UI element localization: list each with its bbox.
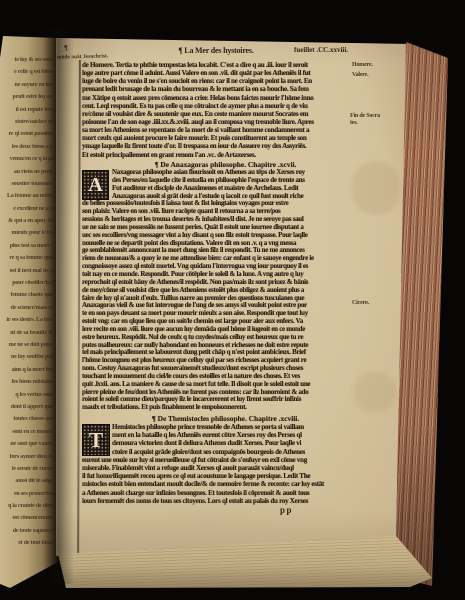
text-line: cent. Leql respondit. Es tu pas celle q …	[82, 102, 369, 110]
text-line: Et estoit principallement en grant renom…	[82, 151, 369, 159]
text-line: des Perses/en laquelle cite il estudia e…	[82, 177, 369, 185]
left-page-text-column: te luy & ses enfae celle q est bōnene su…	[0, 54, 58, 550]
text-line: tel mais principallement se labourent du…	[82, 349, 369, 357]
paragraph-anaxagoras: A Naxagoras philosophe asian flourissoit…	[82, 169, 369, 412]
text-line: estre heureux. Respōdit. Nul de ceulx q …	[82, 334, 369, 342]
text-line: lere recite en son .viii. liure que aucu…	[82, 326, 369, 334]
woodcut-initial-A: A	[82, 170, 109, 200]
text-line: il est repute tres	[0, 104, 58, 116]
text-line: toutes choses qui	[0, 413, 58, 425]
text-line: riens de nouueau/& a quoy ie ne me atten…	[82, 255, 369, 263]
text-line: ir ses desirs. La fem	[0, 314, 58, 326]
text-line: me ne se doit point	[0, 339, 58, 351]
text-line: quit .lxxii. ans. La maniere & cause de …	[82, 381, 369, 389]
indented-lines: Hemistocles philosophe prince tresnoble …	[82, 423, 369, 456]
text-line: faire de luy ql n'auoit d'eulx. Tullius …	[82, 295, 369, 303]
text-line: e excellent ne a p	[0, 203, 58, 215]
text-line: ne sont que vanite	[0, 438, 58, 450]
margin-note-cicero: Cicero.	[352, 300, 369, 306]
text-line: Hemistocles philosophe prince tresnoble …	[82, 423, 369, 431]
margin-note-homere: Homere.	[352, 62, 373, 68]
text-line: dont il appert que	[0, 401, 58, 413]
text-line: l'hōme incongneu est plus heureux que ce…	[82, 357, 369, 365]
text-line: re q sa femme quil	[0, 252, 58, 264]
text-line: me Xātipe q estoit assez pres cōmencea a…	[82, 94, 369, 102]
text-line: peult estre luy au	[0, 91, 58, 103]
text-line: au riens ne peult	[0, 166, 58, 178]
text-line: & qui a en apuy de	[0, 215, 58, 227]
text-line: de belles possessiōs/toutesfois il laiss…	[82, 200, 369, 208]
text-line: q la crainte de dieu	[0, 500, 58, 512]
text-line: Anaxagoras vieil & use fut interrogue de…	[82, 302, 369, 310]
running-title: ¶ La Mer des hystoires.	[156, 46, 276, 55]
text-line: ne luy souffist pas	[0, 351, 58, 363]
book-page: ¶ ¶ La Mer des hystoires. fueillet .CC.x…	[56, 34, 410, 562]
text-line: pierre pleine de feu/dont les Atheniēs n…	[82, 389, 369, 397]
woodcut-initial-T: T	[82, 424, 110, 456]
text-line: Fut auditeur et disciple de Anaximenes e…	[82, 185, 369, 193]
text-line: de moy/cōme sil voulsist dire que les At…	[82, 287, 369, 295]
text-line: iuge de boire du venin il ne s'en soucio…	[82, 77, 369, 85]
text-line: ne suyure en luy	[0, 79, 58, 91]
text-line: q les vertus sont	[0, 389, 58, 401]
text-line: prenant ledit bruuage de la main du bour…	[82, 85, 369, 93]
text-line: toit nay en ce monde. Respondit. Pour cō…	[82, 271, 369, 279]
text-line: congnoissoye assez ql estoit mortel. Vng…	[82, 263, 369, 271]
text-line: te luy & ses enfa	[0, 54, 58, 66]
folio-number: fueillet .CC.xxviii.	[294, 46, 348, 54]
text-line: est cōmencement	[0, 512, 58, 524]
left-header-fragment: ¶	[64, 44, 68, 52]
text-line: ains q la mort luy	[0, 364, 58, 376]
text-line: en ses prouerbes	[0, 488, 58, 500]
text-line: femme chaste que	[0, 289, 58, 301]
text-line: mort ceulx qui auoient procure le faire …	[82, 134, 369, 142]
text-line: estoit vng: car en qlque lieu que on soi…	[82, 318, 369, 326]
text-line: venuz/en ce q la pl	[0, 153, 58, 165]
text-line: putes malheureux: car nully habondant en…	[82, 342, 369, 350]
text-line: plus tost sa mort a	[0, 240, 58, 252]
chapter-heading-anaxagoras: ¶ De Anaxagoras philosophe. Chapitre .xc…	[82, 160, 369, 169]
text-line: aussi dit le saige	[0, 475, 58, 487]
text-line: reprochoit ql estoit bāny de Athenes/il …	[82, 279, 369, 287]
text-line: pour cōseiller/la f	[0, 277, 58, 289]
text-line: e celle q est bōne	[0, 66, 58, 78]
text-line: sessions & heritages et les trouua deser…	[82, 216, 369, 224]
text-line: La femme au mōde	[0, 190, 58, 202]
text-line: mieulx pour le fol	[0, 227, 58, 239]
text-line: nom. Cestuy Anaxagoras fut souuerainemēt…	[82, 365, 369, 373]
margin-note-line: tes.	[350, 120, 380, 127]
text-line: le seruir de cueur	[0, 463, 58, 475]
text-line: te en son pays deuant sa mort pour mouri…	[82, 310, 369, 318]
margin-note-valere: Valere.	[352, 72, 368, 78]
text-line: fors aymer dieu &	[0, 451, 58, 463]
left-book-page: te luy & ses enfae celle q est bōnene su…	[0, 28, 58, 594]
text-line: de toute sapience	[0, 525, 58, 537]
text-line: eurent une enuie sur luy si merueilleuse…	[82, 456, 369, 464]
margin-note-chronology: mōde auāt Jesuchrist.	[57, 53, 108, 60]
text-line: ge semblablemēt annonceant la mort dung …	[82, 247, 369, 255]
text-line: les deux biens a p	[0, 141, 58, 153]
text-line: sa mort les Atheniens se repentans de la…	[82, 126, 369, 134]
margin-note-fin-de-socrates: Fin de Socra tes.	[350, 113, 380, 126]
full-lines: de belles possessiōs/toutesfois il laiss…	[82, 200, 369, 412]
text-line: re/cōme sil voulsist dire & soustenir qu…	[82, 110, 369, 118]
text-line: roient le soleil comme dieu/parquoy ilz …	[82, 396, 369, 404]
text-line: touchant le mouuement du ciel/le cours d…	[82, 373, 369, 381]
text-line: sont en ce monde	[0, 426, 58, 438]
paragraph-socrates-end: de Homere. Tertia te phthie tempestas le…	[82, 61, 369, 159]
text-line: uec ses escolliers/vng messager vint a l…	[82, 232, 369, 240]
text-line: ctoire il acquist grāde gloire/dont ses …	[82, 448, 369, 456]
indented-lines: Naxagoras philosophe asian flourissoit e…	[82, 169, 369, 200]
text-line: miserable. Finablemēt vint a refuge audi…	[82, 464, 369, 472]
text-line: ment en la bataille q les Atheniēs euren…	[82, 431, 369, 439]
text-line: nt de sa beaulte &	[0, 327, 58, 339]
text-line: demoura victorien dont il deliura Athene…	[82, 439, 369, 447]
text-line: les biens mōdains	[0, 376, 58, 388]
text-line: Naxagoras philosophe asian flourissoit e…	[82, 169, 369, 177]
text-line: de Homere. Tertia te phthie tempestas le…	[82, 61, 369, 69]
text-line: soustire tousiours	[0, 178, 58, 190]
chapter-heading-themistocles: ¶ De Themistocles philosophe. Chapitre .…	[82, 414, 369, 423]
text-line: re ql estoit possible	[0, 128, 58, 140]
text-line: son plaisir. Valere en son .viii. liure …	[82, 208, 369, 216]
text-line: maulx et tribulations. Et puis finableme…	[82, 404, 369, 412]
text-line: nouuelle ne se departit point des disput…	[82, 240, 369, 248]
text-line: ymage laquelle ilz firent toute d'or. Il…	[82, 142, 369, 150]
text-line: loge autre part cōme il aduint. Aussi Va…	[82, 69, 369, 77]
text-line: de science/mais ce	[0, 302, 58, 314]
margin-note-line: Fin de Socra	[350, 113, 380, 120]
text-line: stoire/saichez cō	[0, 116, 58, 128]
text-line: ost il nest mal ne p	[0, 265, 58, 277]
text-line: Anaxagoras auoit si grāt desir a l'estud…	[82, 193, 369, 201]
text-line: ue ne sain se mes possessiōs ne fussent …	[82, 224, 369, 232]
text-line: poisonne l'an de son eage .iiii.xx.&.xvi…	[82, 118, 369, 126]
text-line: et de tout bien.	[0, 537, 58, 549]
